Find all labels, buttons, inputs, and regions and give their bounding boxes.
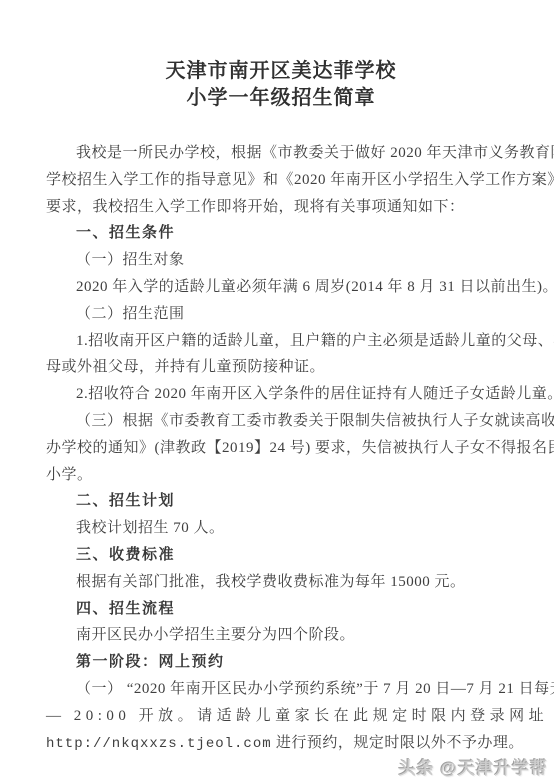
doc-line: （三）根据《市委教育工委市教委关于限制失信被执行人子女就读高收费民 <box>46 408 516 435</box>
doc-line: 2.招收符合 2020 年南开区入学条件的居住证持有人随迁子女适龄儿童。 <box>46 381 516 408</box>
doc-line: 我校计划招生 70 人。 <box>46 515 516 542</box>
doc-line: 南开区民办小学招生主要分为四个阶段。 <box>46 622 516 649</box>
doc-line: 1.招收南开区户籍的适龄儿童，且户籍的户主必须是适龄儿童的父母、祖父 <box>46 328 516 355</box>
heading-fee-standard: 三、收费标准 <box>46 542 516 569</box>
document-title-line-1: 天津市南开区美达菲学校 <box>46 58 516 85</box>
doc-line-url-rest: 进行预约，规定时限以外不予办理。 <box>272 735 524 751</box>
document-body: 我校是一所民办学校，根据《市教委关于做好 2020 年天津市义务教育阶段 学校招… <box>46 140 516 756</box>
heading-enrollment-conditions: 一、招生条件 <box>46 220 516 247</box>
doc-line-url: http://nkqxxzs.tjeol.com 进行预约，规定时限以外不予办理… <box>46 730 516 757</box>
reservation-url: http://nkqxxzs.tjeol.com <box>46 736 272 752</box>
heading-enrollment-plan: 二、招生计划 <box>46 488 516 515</box>
doc-line: 小学。 <box>46 462 516 489</box>
doc-line: 我校是一所民办学校，根据《市教委关于做好 2020 年天津市义务教育阶段 <box>46 140 516 167</box>
doc-line: 要求，我校招生入学工作即将开始，现将有关事项通知如下： <box>46 194 516 221</box>
heading-enrollment-process: 四、招生流程 <box>46 596 516 623</box>
doc-line: 母或外祖父母，并持有儿童预防接种证。 <box>46 354 516 381</box>
doc-line: （一） “2020 年南开区民办小学预约系统”于 7 月 20 日—7 月 21… <box>46 676 516 703</box>
toutiao-watermark: 头条 @天津升学帮 <box>399 754 548 779</box>
subheading-enrollment-scope: （二）招生范围 <box>46 301 516 328</box>
document-page: 天津市南开区美达菲学校 小学一年级招生简章 我校是一所民办学校，根据《市教委关于… <box>0 0 554 783</box>
subheading-enrollment-target: （一）招生对象 <box>46 247 516 274</box>
doc-line: 学校招生入学工作的指导意见》和《2020 年南开区小学招生入学工作方案》的 <box>46 167 516 194</box>
doc-line: 办学校的通知》(津教政【2019】24 号) 要求，失信被执行人子女不得报名民办 <box>46 435 516 462</box>
heading-stage-one-online-reservation: 第一阶段：网上预约 <box>46 649 516 676</box>
doc-line: — 20:00 开放。请适龄儿童家长在此规定时限内登录网址 <box>46 703 516 730</box>
doc-line: 根据有关部门批准，我校学费收费标准为每年 15000 元。 <box>46 569 516 596</box>
document-title: 天津市南开区美达菲学校 小学一年级招生简章 <box>46 58 516 112</box>
document-title-line-2: 小学一年级招生简章 <box>46 85 516 112</box>
doc-line: 2020 年入学的适龄儿童必须年满 6 周岁(2014 年 8 月 31 日以前… <box>46 274 516 301</box>
